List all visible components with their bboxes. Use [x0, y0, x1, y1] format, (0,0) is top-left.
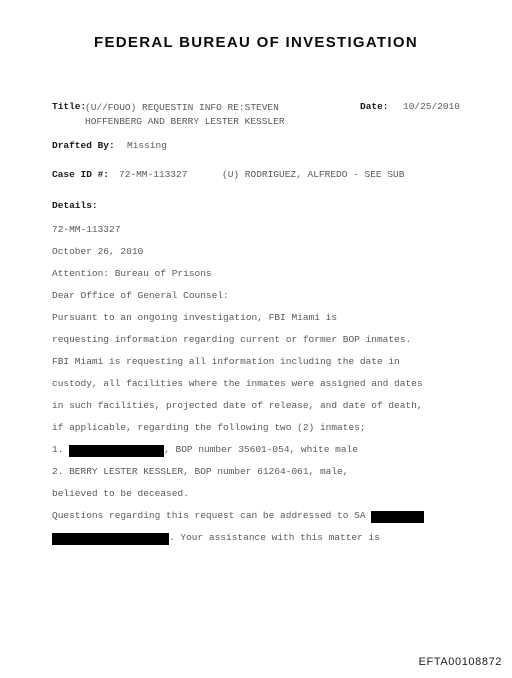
- text-segment: 2. BERRY LESTER KESSLER, BOP number 6126…: [52, 466, 348, 477]
- text-segment: believed to be deceased.: [52, 488, 189, 499]
- details-line: in such facilities, projected date of re…: [52, 395, 482, 417]
- redaction-box: [52, 533, 169, 545]
- text-segment: FBI Miami is requesting all information …: [52, 356, 400, 367]
- drafted-by-label: Drafted By:: [52, 140, 115, 151]
- text-segment: 1.: [52, 444, 69, 455]
- details-line: believed to be deceased.: [52, 483, 482, 505]
- details-line: October 26, 2010: [52, 241, 482, 263]
- details-line: if applicable, regarding the following t…: [52, 417, 482, 439]
- text-segment: . Your assistance with this matter is: [169, 532, 380, 543]
- drafted-by-value: Missing: [127, 140, 167, 151]
- details-line: Pursuant to an ongoing investigation, FB…: [52, 307, 482, 329]
- details-line: . Your assistance with this matter is: [52, 527, 482, 549]
- details-line: FBI Miami is requesting all information …: [52, 351, 482, 373]
- bates-number: EFTA00108872: [419, 656, 502, 668]
- text-segment: Attention: Bureau of Prisons: [52, 268, 212, 279]
- document-page: FEDERAL BUREAU OF INVESTIGATION Title: (…: [0, 0, 512, 678]
- text-segment: requesting information regarding current…: [52, 334, 411, 345]
- details-line: custody, all facilities where the inmate…: [52, 373, 482, 395]
- text-segment: Dear Office of General Counsel:: [52, 290, 229, 301]
- title-value: (U//FOUO) REQUESTIN INFO RE:STEVENHOFFEN…: [85, 101, 285, 128]
- redaction-box: [69, 445, 164, 457]
- details-line: Attention: Bureau of Prisons: [52, 263, 482, 285]
- text-segment: Pursuant to an ongoing investigation, FB…: [52, 312, 337, 323]
- details-line: Questions regarding this request can be …: [52, 505, 482, 527]
- details-label: Details:: [52, 200, 98, 211]
- details-line: requesting information regarding current…: [52, 329, 482, 351]
- case-id-label: Case ID #:: [52, 169, 109, 180]
- text-segment: , BOP number 35601-054, white male: [164, 444, 358, 455]
- title-label: Title:: [52, 101, 86, 112]
- text-segment: Questions regarding this request can be …: [52, 510, 371, 521]
- date-value: 10/25/2010: [403, 101, 460, 112]
- case-id-extra: (U) RODRIGUEZ, ALFREDO - SEE SUB: [222, 169, 404, 180]
- details-body: 72-MM-113327October 26, 2010Attention: B…: [52, 219, 482, 549]
- details-line: 72-MM-113327: [52, 219, 482, 241]
- text-segment: custody, all facilities where the inmate…: [52, 378, 423, 389]
- case-id-value: 72-MM-113327: [119, 169, 187, 180]
- title-value-line2: HOFFENBERG AND BERRY LESTER KESSLER: [85, 115, 285, 129]
- text-segment: if applicable, regarding the following t…: [52, 422, 366, 433]
- text-segment: October 26, 2010: [52, 246, 143, 257]
- text-segment: in such facilities, projected date of re…: [52, 400, 423, 411]
- details-line: Dear Office of General Counsel:: [52, 285, 482, 307]
- page-title: FEDERAL BUREAU OF INVESTIGATION: [0, 34, 512, 51]
- date-label: Date:: [360, 101, 389, 112]
- text-segment: 72-MM-113327: [52, 224, 120, 235]
- title-value-line1: (U//FOUO) REQUESTIN INFO RE:STEVEN: [85, 101, 285, 115]
- redaction-box: [371, 511, 424, 523]
- details-line: 1. , BOP number 35601-054, white male: [52, 439, 482, 461]
- details-line: 2. BERRY LESTER KESSLER, BOP number 6126…: [52, 461, 482, 483]
